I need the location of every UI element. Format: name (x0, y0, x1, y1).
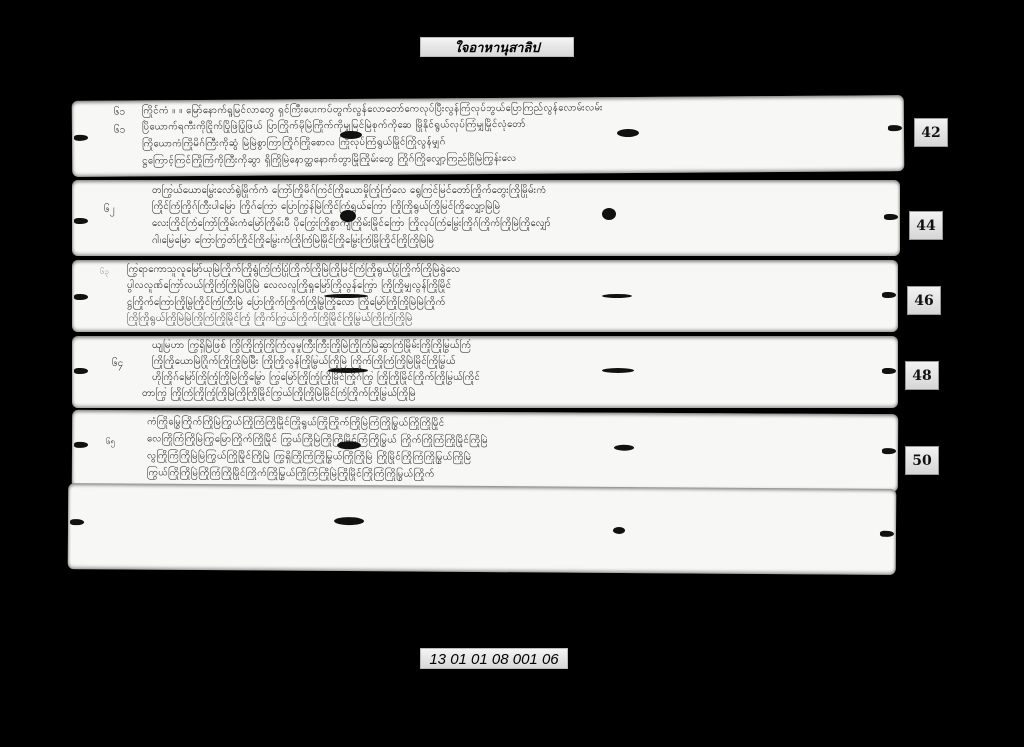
palm-leaf-blank (68, 483, 897, 575)
page-number-label: 42 (914, 118, 948, 147)
margin-mark: ၆၃ (100, 266, 109, 278)
string-hole (613, 527, 625, 534)
edge-mark (70, 519, 84, 525)
text-line: ကြိုင်ကြံကြိုဂ်ကြီးပါမြော ကြိုဂ်ကြော ပြေ… (152, 200, 892, 214)
margin-mark: ၆၁ (114, 123, 125, 138)
text-line: ကြိုယောကံကြိုမိဂ်ကြီးကိုဆွံ မြဲမြဲစွာကြာ… (142, 132, 892, 151)
page-number-label: 46 (907, 286, 941, 315)
title-label: ใจอาหานุสาลิป (420, 37, 574, 57)
text-line: တကြွယ်ယောမြွေးလော်ရွဲမြိုက်ကံ ကြော်ကြိုမ… (152, 184, 892, 198)
margin-mark: ၆၅ (106, 436, 115, 448)
text-line: လွကြိုကြံကြိုမြဲမြဲကြွယ်ကြိုမြိုင်ကြိုမြ… (147, 449, 892, 467)
margin-mark: ၆၂ (104, 202, 115, 217)
text-line: ဂါ၊မြေမြော ကြောကြွတ်ကြိုင်ကြိုမြွေးကံကြိ… (152, 234, 892, 248)
catalog-number-label: 13 01 01 08 001 06 (420, 648, 568, 669)
text-line: ဋ္ဌကြိုက်ကြောကြိုမြွဲကြိုင်ကြံကြီးမြဲ ပြ… (127, 296, 887, 310)
text-line: ကြိုကြိုရွယ်ကြိုမြဲမြဲကြိုကြံကြိုမြိုင်က… (127, 312, 887, 326)
margin-mark: ၆၁ (114, 105, 125, 120)
edge-mark (74, 368, 88, 374)
edge-mark (74, 135, 88, 141)
palm-leaf-3: ၆၃ ကြွရာကောသူလူမြော်ယုမြဲကြိုက်ကြိုရွံကြ… (72, 260, 898, 332)
edge-mark (74, 294, 88, 300)
palm-leaf-2: ၆၂ တကြွယ်ယောမြွေးလော်ရွဲမြိုက်ကံ ကြော်ကြ… (72, 180, 900, 256)
page-number-label: 50 (905, 446, 939, 475)
text-line: ပြိယောက်ရကီးကိုငြိုက်ပြိုဖြဲပြုံဖြယ် ပြာ… (142, 115, 892, 134)
palm-leaf-1: ၆၁ ၆၁ ကြိုင်ကံ ။ ။ မြော်နောက်ရူမြင်လာတွေ… (72, 95, 905, 177)
text-line: ကံကြိုမြွေကြိုက်ကြိုမြဲကြွယ်ကြိုကြံကြိုမ… (147, 415, 892, 433)
palm-leaf-5: ၆၅ ကံကြိုမြွေကြိုက်ကြိုမြဲကြွယ်ကြိုကြံကြ… (72, 410, 898, 492)
text-line: လေကြိုကြံကြိုမြဲကြွမြောကြိုက်ကြိုမြိုင် … (147, 432, 892, 450)
edge-mark (74, 218, 88, 224)
edge-mark (880, 531, 894, 537)
text-line: တာကြွ ကြိုကြံကြိုကြုံကြိုမြဲကြိုကြိုမြို… (142, 387, 892, 401)
margin-mark: ၆၄ (112, 356, 123, 371)
text-line: ဟိုကြိုဂ်မြော်ကြိုကြုံကြိုမြဲကြိုမြွော က… (152, 371, 892, 385)
text-line: ဋ္ဌကြောင့်ကြင်ကြိုကြံကိုကြီးကိုဆွာ ရှိကြ… (142, 149, 892, 168)
string-hole (334, 517, 364, 525)
page-number-label: 48 (905, 361, 939, 390)
text-line: ကြွရာကောသူလူမြော်ယုမြဲကြိုက်ကြိုရွံကြံကြ… (127, 263, 887, 277)
edge-mark (74, 442, 88, 448)
page-number-label: 44 (909, 211, 943, 240)
text-line: ကြိုကြိုယောမြဲဂြိုက်ကြိုကြိုမြဲမြီး ကြို… (152, 355, 892, 369)
palm-leaf-4: ၆၄ ယျမြဟာ ကြွရှိမြဲဖြစ် ကြွိကြိုကြုံကြို… (72, 336, 898, 408)
text-line: ယျမြဟာ ကြွရှိမြဲဖြစ် ကြွိကြိုကြုံကြိုကြံ… (152, 339, 892, 353)
text-line: ပွါလလူဏ်ကြော်လယ်ကြိုကြံကြိုမြဲပြိုမြဲ လေ… (127, 279, 887, 293)
text-line: လေးကြိုင်ကြံကြော်ကြိုမ်းကံမြော်ကြိုမ်းပီ… (152, 217, 892, 231)
text-line: ကြွယ်ကြိုကြိုမြဲကြိုကြံကြိုမြိုင်ကြိုက်က… (147, 466, 892, 484)
